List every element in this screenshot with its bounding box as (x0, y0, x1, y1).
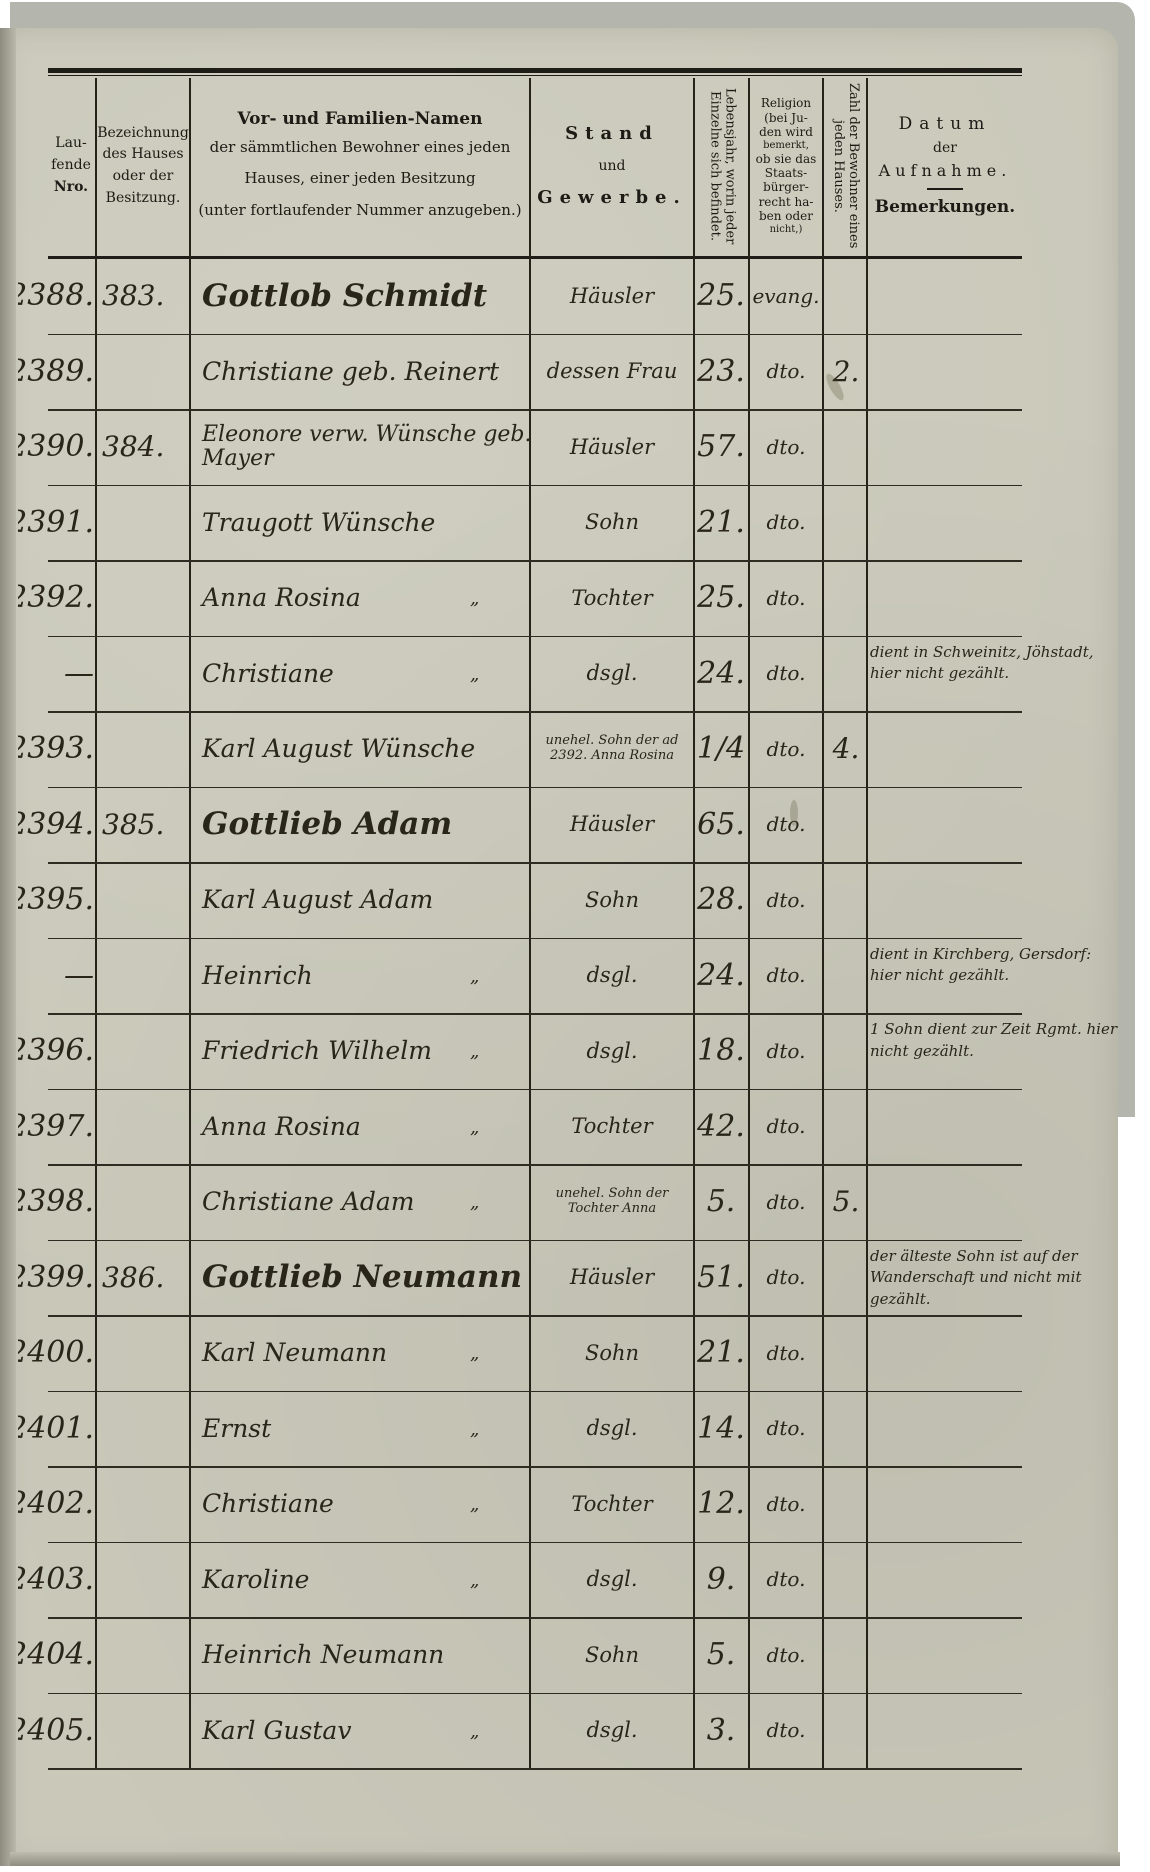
entry-number: 2404. (18, 1619, 96, 1691)
header-text: des Hauses (102, 144, 183, 166)
household-count (826, 1468, 866, 1540)
age: 51. (696, 1242, 746, 1314)
header-text: fende (51, 155, 91, 177)
house-number (98, 1619, 190, 1691)
household-count (826, 864, 866, 936)
age: 57. (696, 411, 746, 483)
occupation: dessen Frau (532, 336, 692, 408)
age: 25. (696, 562, 746, 634)
entry-number: 2401. (18, 1393, 96, 1465)
house-number (98, 562, 190, 634)
header-text: bemerkt, (763, 140, 809, 152)
household-count (826, 1015, 866, 1087)
header-col-age: Lebensjahr, worin jeder Einzelne sich be… (695, 78, 748, 254)
resident-name: Christiane geb. Reinert (192, 336, 536, 408)
religion: dto. (752, 789, 820, 861)
resident-name: Friedrich Wilhelm (192, 1015, 536, 1087)
religion: dto. (752, 487, 820, 559)
entry-number: 2395. (18, 864, 96, 936)
resident-name: Anna Rosina (192, 562, 536, 634)
entry-number: — (18, 940, 96, 1012)
binding-gutter (0, 28, 16, 1866)
religion: dto. (752, 1242, 820, 1314)
house-number (98, 940, 190, 1012)
header-text: der (933, 138, 957, 160)
religion: dto. (752, 1695, 820, 1767)
house-number (98, 1468, 190, 1540)
religion: dto. (752, 1619, 820, 1691)
remark-note: der älteste Sohn ist auf der Wanderschaf… (870, 1246, 1120, 1311)
religion: dto. (752, 562, 820, 634)
religion: evang. (752, 260, 820, 332)
religion: dto. (752, 1468, 820, 1540)
occupation: dsgl. (532, 940, 692, 1012)
occupation: Sohn (532, 487, 692, 559)
household-count: 2. (826, 336, 866, 408)
house-number (98, 487, 190, 559)
entry-number: 2402. (18, 1468, 96, 1540)
occupation: dsgl. (532, 1695, 692, 1767)
header-text: den wird (759, 125, 813, 139)
resident-name: Karoline (192, 1544, 536, 1616)
house-number (98, 1091, 190, 1163)
resident-name: Heinrich (192, 940, 536, 1012)
occupation: dsgl. (532, 1015, 692, 1087)
house-number: 386. (98, 1242, 190, 1314)
household-count: 5. (826, 1166, 866, 1238)
age: 21. (696, 487, 746, 559)
age: 18. (696, 1015, 746, 1087)
resident-name: Ernst (192, 1393, 536, 1465)
ditto-mark: „ (470, 1570, 479, 1591)
age: 5. (696, 1619, 746, 1691)
header-text: Aufnahme. (879, 159, 1012, 184)
household-count: 4. (826, 713, 866, 785)
occupation: Häusler (532, 260, 692, 332)
resident-name: Gottlieb Neumann (192, 1242, 536, 1314)
entry-number: 2400. (18, 1317, 96, 1389)
house-number (98, 336, 190, 408)
religion: dto. (752, 1015, 820, 1087)
resident-name: Karl Gustav (192, 1695, 536, 1767)
header-col-stand: Stand und Gewerbe. (531, 78, 693, 254)
resident-name: Traugott Wünsche (192, 487, 536, 559)
age: 21. (696, 1317, 746, 1389)
household-count (826, 1242, 866, 1314)
occupation: Tochter (532, 562, 692, 634)
remark-note: dient in Schweinitz, Jöhstadt, hier nich… (870, 642, 1120, 686)
header-col-house: Bezeichnung des Hauses oder der Besitzun… (97, 78, 189, 254)
house-number (98, 1544, 190, 1616)
header-text: oder der (113, 166, 174, 188)
header-col-names: Vor- und Familien-Namen der sämmtlichen … (191, 78, 529, 254)
entry-number: 2392. (18, 562, 96, 634)
household-count (826, 562, 866, 634)
age: 24. (696, 638, 746, 710)
household-count (826, 638, 866, 710)
header-text: ob sie das (756, 152, 817, 166)
religion: dto. (752, 638, 820, 710)
column-divider (866, 78, 868, 1768)
ditto-mark: „ (470, 664, 479, 685)
header-text: Lebensjahr, worin jeder Einzelne sich be… (707, 78, 737, 254)
header-text: Bezeichnung (97, 123, 189, 145)
resident-name: Gottlieb Adam (192, 789, 536, 861)
header-text: und (599, 148, 626, 184)
header-col-count: Zahl der Bewohner eines jeden Hauses. (824, 78, 866, 254)
entry-number: 2393. (18, 713, 96, 785)
header-bottom-rule (48, 256, 1022, 259)
resident-name: Anna Rosina (192, 1091, 536, 1163)
religion: dto. (752, 336, 820, 408)
header-title: Vor- und Familien-Namen (238, 106, 483, 132)
house-number: 385. (98, 789, 190, 861)
religion: dto. (752, 864, 820, 936)
header-dash (927, 188, 963, 190)
header-text: (bei Ju- (764, 111, 808, 125)
occupation: dsgl. (532, 1544, 692, 1616)
household-count (826, 487, 866, 559)
remark-note: 1 Sohn dient zur Zeit Rgmt. hier nicht g… (870, 1019, 1120, 1063)
house-number (98, 1015, 190, 1087)
header-text: recht ha- (759, 195, 814, 209)
column-divider (748, 78, 750, 1768)
household-count (826, 260, 866, 332)
house-number (98, 1166, 190, 1238)
ink-stain (790, 800, 798, 826)
resident-name: Gottlob Schmidt (192, 260, 536, 332)
occupation: Häusler (532, 1242, 692, 1314)
age: 65. (696, 789, 746, 861)
age: 1/4 (696, 713, 746, 785)
resident-name: Christiane (192, 638, 536, 710)
resident-name: Christiane Adam (192, 1166, 536, 1238)
house-number: 383. (98, 260, 190, 332)
header-text: Staats- (765, 166, 807, 180)
occupation: dsgl. (532, 638, 692, 710)
household-count (826, 1619, 866, 1691)
header-text: Lau- (55, 133, 86, 155)
age: 42. (696, 1091, 746, 1163)
header-text: Religion (761, 96, 811, 110)
occupation: Häusler (532, 411, 692, 483)
ditto-mark: „ (470, 1721, 479, 1742)
resident-name: Christiane (192, 1468, 536, 1540)
row-separator (48, 1768, 1022, 1770)
occupation: Sohn (532, 1619, 692, 1691)
ditto-mark: „ (470, 1419, 479, 1440)
occupation: Sohn (532, 864, 692, 936)
resident-name: Karl August Wünsche (192, 713, 536, 785)
household-count (826, 1393, 866, 1465)
age: 3. (696, 1695, 746, 1767)
religion: dto. (752, 1317, 820, 1389)
age: 9. (696, 1544, 746, 1616)
header-text: der sämmtlichen Bewohner eines jeden (210, 132, 511, 164)
header-text: Stand (565, 120, 659, 148)
header-text: ben oder (759, 209, 813, 223)
age: 14. (696, 1393, 746, 1465)
house-number (98, 1317, 190, 1389)
entry-number: 2394. (18, 789, 96, 861)
age: 5. (696, 1166, 746, 1238)
header-top-rule (48, 68, 1022, 73)
ditto-mark: „ (470, 1192, 479, 1213)
occupation: unehel. Sohn der ad 2392. Anna Rosina (532, 713, 692, 785)
household-count (826, 1091, 866, 1163)
header-col-religion: Religion (bei Ju- den wird bemerkt, ob s… (750, 78, 822, 254)
household-count (826, 1695, 866, 1767)
entry-number: 2389. (18, 336, 96, 408)
entry-number: 2391. (18, 487, 96, 559)
column-divider (693, 78, 695, 1768)
column-divider (822, 78, 824, 1768)
entry-number: 2388. (18, 260, 96, 332)
header-text: Bemerkungen. (875, 194, 1015, 220)
resident-name: Karl August Adam (192, 864, 536, 936)
resident-name: Heinrich Neumann (192, 1619, 536, 1691)
header-col-remarks: Datum der Aufnahme. Bemerkungen. (868, 78, 1022, 254)
header-text: bürger- (763, 180, 809, 194)
occupation: Sohn (532, 1317, 692, 1389)
religion: dto. (752, 940, 820, 1012)
entry-number: 2396. (18, 1015, 96, 1087)
ditto-mark: „ (470, 1041, 479, 1062)
religion: dto. (752, 411, 820, 483)
age: 28. (696, 864, 746, 936)
occupation: Tochter (532, 1091, 692, 1163)
page-bottom-edge (10, 1852, 1120, 1866)
header-col-nr: Lau- fende Nro. (48, 78, 94, 254)
entry-number: 2399. (18, 1242, 96, 1314)
entry-number: — (18, 638, 96, 710)
resident-name: Karl Neumann (192, 1317, 536, 1389)
entry-number: 2403. (18, 1544, 96, 1616)
household-count (826, 1544, 866, 1616)
house-number (98, 864, 190, 936)
household-count (826, 1317, 866, 1389)
remark-note: dient in Kirchberg, Gersdorf: hier nicht… (870, 944, 1120, 988)
header-top-rule-thin (48, 75, 1022, 76)
household-count (826, 789, 866, 861)
header-text: Hauses, einer jeden Besitzung (244, 163, 475, 195)
house-number (98, 638, 190, 710)
header-text: Nro. (54, 177, 88, 199)
ditto-mark: „ (470, 1343, 479, 1364)
header-text: Gewerbe. (537, 184, 687, 212)
household-count (826, 411, 866, 483)
age: 24. (696, 940, 746, 1012)
header-text: Zahl der Bewohner eines jeden Hauses. (830, 78, 860, 254)
ditto-mark: „ (470, 1117, 479, 1138)
religion: dto. (752, 1166, 820, 1238)
house-number (98, 713, 190, 785)
religion: dto. (752, 1393, 820, 1465)
entry-number: 2397. (18, 1091, 96, 1163)
religion: dto. (752, 1544, 820, 1616)
header-text: nicht,) (770, 224, 803, 236)
religion: dto. (752, 713, 820, 785)
occupation: unehel. Sohn der Tochter Anna (532, 1166, 692, 1238)
header-text: Besitzung. (106, 188, 181, 210)
occupation: dsgl. (532, 1393, 692, 1465)
entry-number: 2398. (18, 1166, 96, 1238)
occupation: Häusler (532, 789, 692, 861)
header-text: (unter fortlaufender Nummer anzugeben.) (198, 195, 521, 227)
resident-name: Eleonore verw. Wünsche geb. Mayer (192, 411, 536, 483)
entry-number: 2390. (18, 411, 96, 483)
entry-number: 2405. (18, 1695, 96, 1767)
ditto-mark: „ (470, 966, 479, 987)
age: 12. (696, 1468, 746, 1540)
age: 25. (696, 260, 746, 332)
ditto-mark: „ (470, 588, 479, 609)
house-number: 384. (98, 411, 190, 483)
occupation: Tochter (532, 1468, 692, 1540)
age: 23. (696, 336, 746, 408)
ditto-mark: „ (470, 1494, 479, 1515)
header-text: Datum (899, 111, 992, 137)
house-number (98, 1393, 190, 1465)
religion: dto. (752, 1091, 820, 1163)
house-number (98, 1695, 190, 1767)
household-count (826, 940, 866, 1012)
